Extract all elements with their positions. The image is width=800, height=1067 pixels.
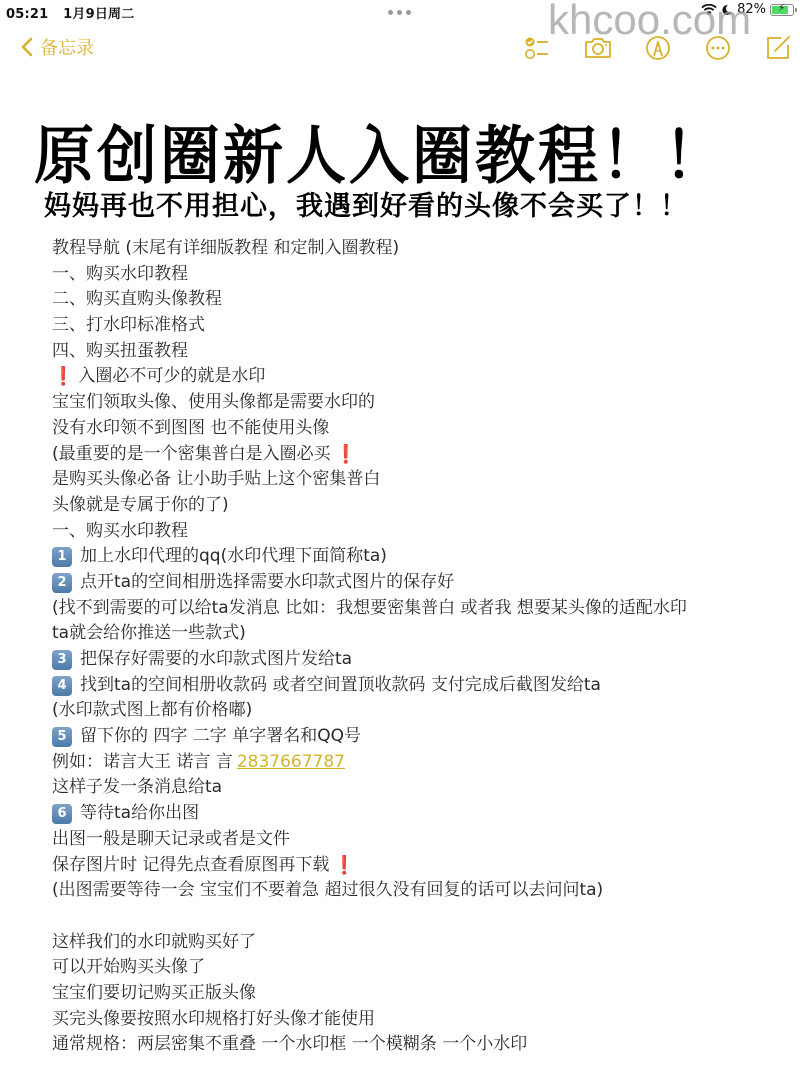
note-line-text: (找不到需要的可以给ta发消息 比如：我想要密集普白 或者我 想要某头像的适配水… — [52, 596, 687, 622]
note-line: 这样子发一条消息给ta — [52, 775, 792, 801]
note-line-text: 找到ta的空间相册收款码 或者空间置顶收款码 支付完成后截图发给ta — [80, 673, 601, 699]
camera-icon — [584, 35, 612, 61]
note-title: 原创圈新人入圈教程！！ — [34, 106, 727, 196]
note-line: (水印款式图上都有价格嘟) — [52, 698, 792, 724]
note-line-text: 四、购买扭蛋教程 — [52, 339, 188, 365]
nav-bar: 备忘录 — [0, 28, 800, 68]
qq-number-link[interactable]: 2837667787 — [237, 750, 345, 776]
note-line-text: 通常规格：两层密集不重叠 一个水印框 一个模糊条 一个小水印 — [52, 1032, 527, 1058]
note-line: (出图需要等待一会 宝宝们不要着急 超过很久没有回复的话可以去问问ta) — [52, 878, 792, 904]
compose-button[interactable] — [748, 34, 800, 62]
note-line: 通常规格：两层密集不重叠 一个水印框 一个模糊条 一个小水印 — [52, 1032, 792, 1058]
note-line-text: 这样我们的水印就购买好了 — [52, 930, 256, 956]
number-badge-icon: 3 — [52, 650, 72, 670]
number-badge-icon: 1 — [52, 547, 72, 567]
note-line: 四、购买扭蛋教程 — [52, 339, 792, 365]
note-line: (最重要的是一个密集普白是入圈必买❗ — [52, 442, 792, 468]
note-line: 这样我们的水印就购买好了 — [52, 930, 792, 956]
note-line-text: 加上水印代理的qq(水印代理下面简称ta) — [80, 544, 387, 570]
note-line-text: 留下你的 四字 二字 单字署名和QQ号 — [80, 724, 361, 750]
note-line-text: 一、购买水印教程 — [52, 519, 188, 545]
markup-button[interactable] — [628, 34, 688, 62]
number-badge-icon: 6 — [52, 804, 72, 824]
note-line-text: 这样子发一条消息给ta — [52, 775, 222, 801]
exclamation-icon: ❗ — [333, 853, 355, 879]
checklist-button[interactable] — [508, 34, 568, 62]
number-badge-icon: 4 — [52, 676, 72, 696]
note-line-text: 出图一般是聊天记录或者是文件 — [52, 827, 290, 853]
note-line-text: 二、购买直购头像教程 — [52, 287, 222, 313]
status-time: 05:21 — [6, 7, 48, 22]
note-line: (找不到需要的可以给ta发消息 比如：我想要密集普白 或者我 想要某头像的适配水… — [52, 596, 792, 622]
note-line: ta就会给你推送一些款式) — [52, 621, 792, 647]
battery-charging-icon: ⚡ — [770, 4, 794, 16]
note-line-text: 可以开始购买头像了 — [52, 955, 205, 981]
note-line: ❗入圈必不可少的就是水印 — [52, 364, 792, 390]
note-line-text: 教程导航 (末尾有详细版教程 和定制入圈教程) — [52, 236, 399, 262]
note-line: 头像就是专属于你的了) — [52, 493, 792, 519]
note-line-text: (出图需要等待一会 宝宝们不要着急 超过很久没有回复的话可以去问问ta) — [52, 878, 603, 904]
note-line-text: 例如：诺言大王 诺言 言 — [52, 750, 233, 776]
note-line: 2点开ta的空间相册选择需要水印款式图片的保存好 — [52, 570, 792, 596]
camera-button[interactable] — [568, 34, 628, 62]
note-line: 二、购买直购头像教程 — [52, 287, 792, 313]
note-line: 4找到ta的空间相册收款码 或者空间置顶收款码 支付完成后截图发给ta — [52, 673, 792, 699]
more-button[interactable] — [688, 34, 748, 62]
note-line-text: 是购买头像必备 让小助手贴上这个密集普白 — [52, 467, 380, 493]
note-line: 例如：诺言大王 诺言 言2837667787 — [52, 750, 792, 776]
note-line: 没有水印领不到图图 也不能使用头像 — [52, 416, 792, 442]
note-line-text: 没有水印领不到图图 也不能使用头像 — [52, 416, 329, 442]
note-line-text: 买完头像要按照水印规格打好头像才能使用 — [52, 1007, 375, 1033]
note-line-text: 点开ta的空间相册选择需要水印款式图片的保存好 — [80, 570, 454, 596]
status-date: 1月9日周二 — [63, 7, 134, 22]
checklist-icon — [524, 35, 552, 61]
back-button[interactable]: 备忘录 — [20, 34, 94, 60]
status-time-date: 05:21 1月9日周二 — [6, 3, 144, 22]
note-line: 3把保存好需要的水印款式图片发给ta — [52, 647, 792, 673]
note-line: 出图一般是聊天记录或者是文件 — [52, 827, 792, 853]
note-line: 6等待ta给你出图 — [52, 801, 792, 827]
chevron-left-icon — [20, 37, 34, 57]
note-line-text: 入圈必不可少的就是水印 — [78, 364, 265, 390]
note-line: 是购买头像必备 让小助手贴上这个密集普白 — [52, 467, 792, 493]
note-line: 保存图片时 记得先点查看原图再下载❗ — [52, 853, 792, 879]
note-line-text: 三、打水印标准格式 — [52, 313, 205, 339]
note-line: 教程导航 (末尾有详细版教程 和定制入圈教程) — [52, 236, 792, 262]
note-line-text: ta就会给你推送一些款式) — [52, 621, 246, 647]
note-line: 一、购买水印教程 — [52, 519, 792, 545]
note-line-text: (水印款式图上都有价格嘟) — [52, 698, 252, 724]
note-line-text: 保存图片时 记得先点查看原图再下载 — [52, 853, 329, 879]
note-line: 宝宝们领取头像、使用头像都是需要水印的 — [52, 390, 792, 416]
markup-pen-icon — [644, 35, 672, 61]
note-line-text: (最重要的是一个密集普白是入圈必买 — [52, 442, 331, 468]
more-icon — [704, 35, 732, 61]
note-line: 三、打水印标准格式 — [52, 313, 792, 339]
compose-icon — [764, 35, 792, 61]
number-badge-icon: 5 — [52, 727, 72, 747]
note-line: 一、购买水印教程 — [52, 262, 792, 288]
back-button-label: 备忘录 — [40, 34, 94, 60]
exclamation-icon: ❗ — [335, 442, 357, 468]
note-line-text: 把保存好需要的水印款式图片发给ta — [80, 647, 352, 673]
note-line-text: 一、购买水印教程 — [52, 262, 188, 288]
exclamation-icon: ❗ — [52, 364, 74, 390]
note-line: 5留下你的 四字 二字 单字署名和QQ号 — [52, 724, 792, 750]
note-line: 买完头像要按照水印规格打好头像才能使用 — [52, 1007, 792, 1033]
toolbar — [508, 34, 800, 62]
note-subtitle: 妈妈再也不用担心，我遇到好看的头像不会买了！！ — [44, 184, 688, 223]
note-line: 可以开始购买头像了 — [52, 955, 792, 981]
note-line-text: 宝宝们要切记购买正版头像 — [52, 981, 256, 1007]
note-body[interactable]: 教程导航 (末尾有详细版教程 和定制入圈教程)一、购买水印教程二、购买直购头像教… — [52, 236, 792, 1058]
note-line-text: 宝宝们领取头像、使用头像都是需要水印的 — [52, 390, 375, 416]
multitasking-dots-icon[interactable] — [388, 10, 411, 15]
number-badge-icon: 2 — [52, 573, 72, 593]
note-line — [52, 904, 792, 930]
note-line: 宝宝们要切记购买正版头像 — [52, 981, 792, 1007]
note-line: 1加上水印代理的qq(水印代理下面简称ta) — [52, 544, 792, 570]
note-line-text: 等待ta给你出图 — [80, 801, 199, 827]
note-line-text: 头像就是专属于你的了) — [52, 493, 229, 519]
